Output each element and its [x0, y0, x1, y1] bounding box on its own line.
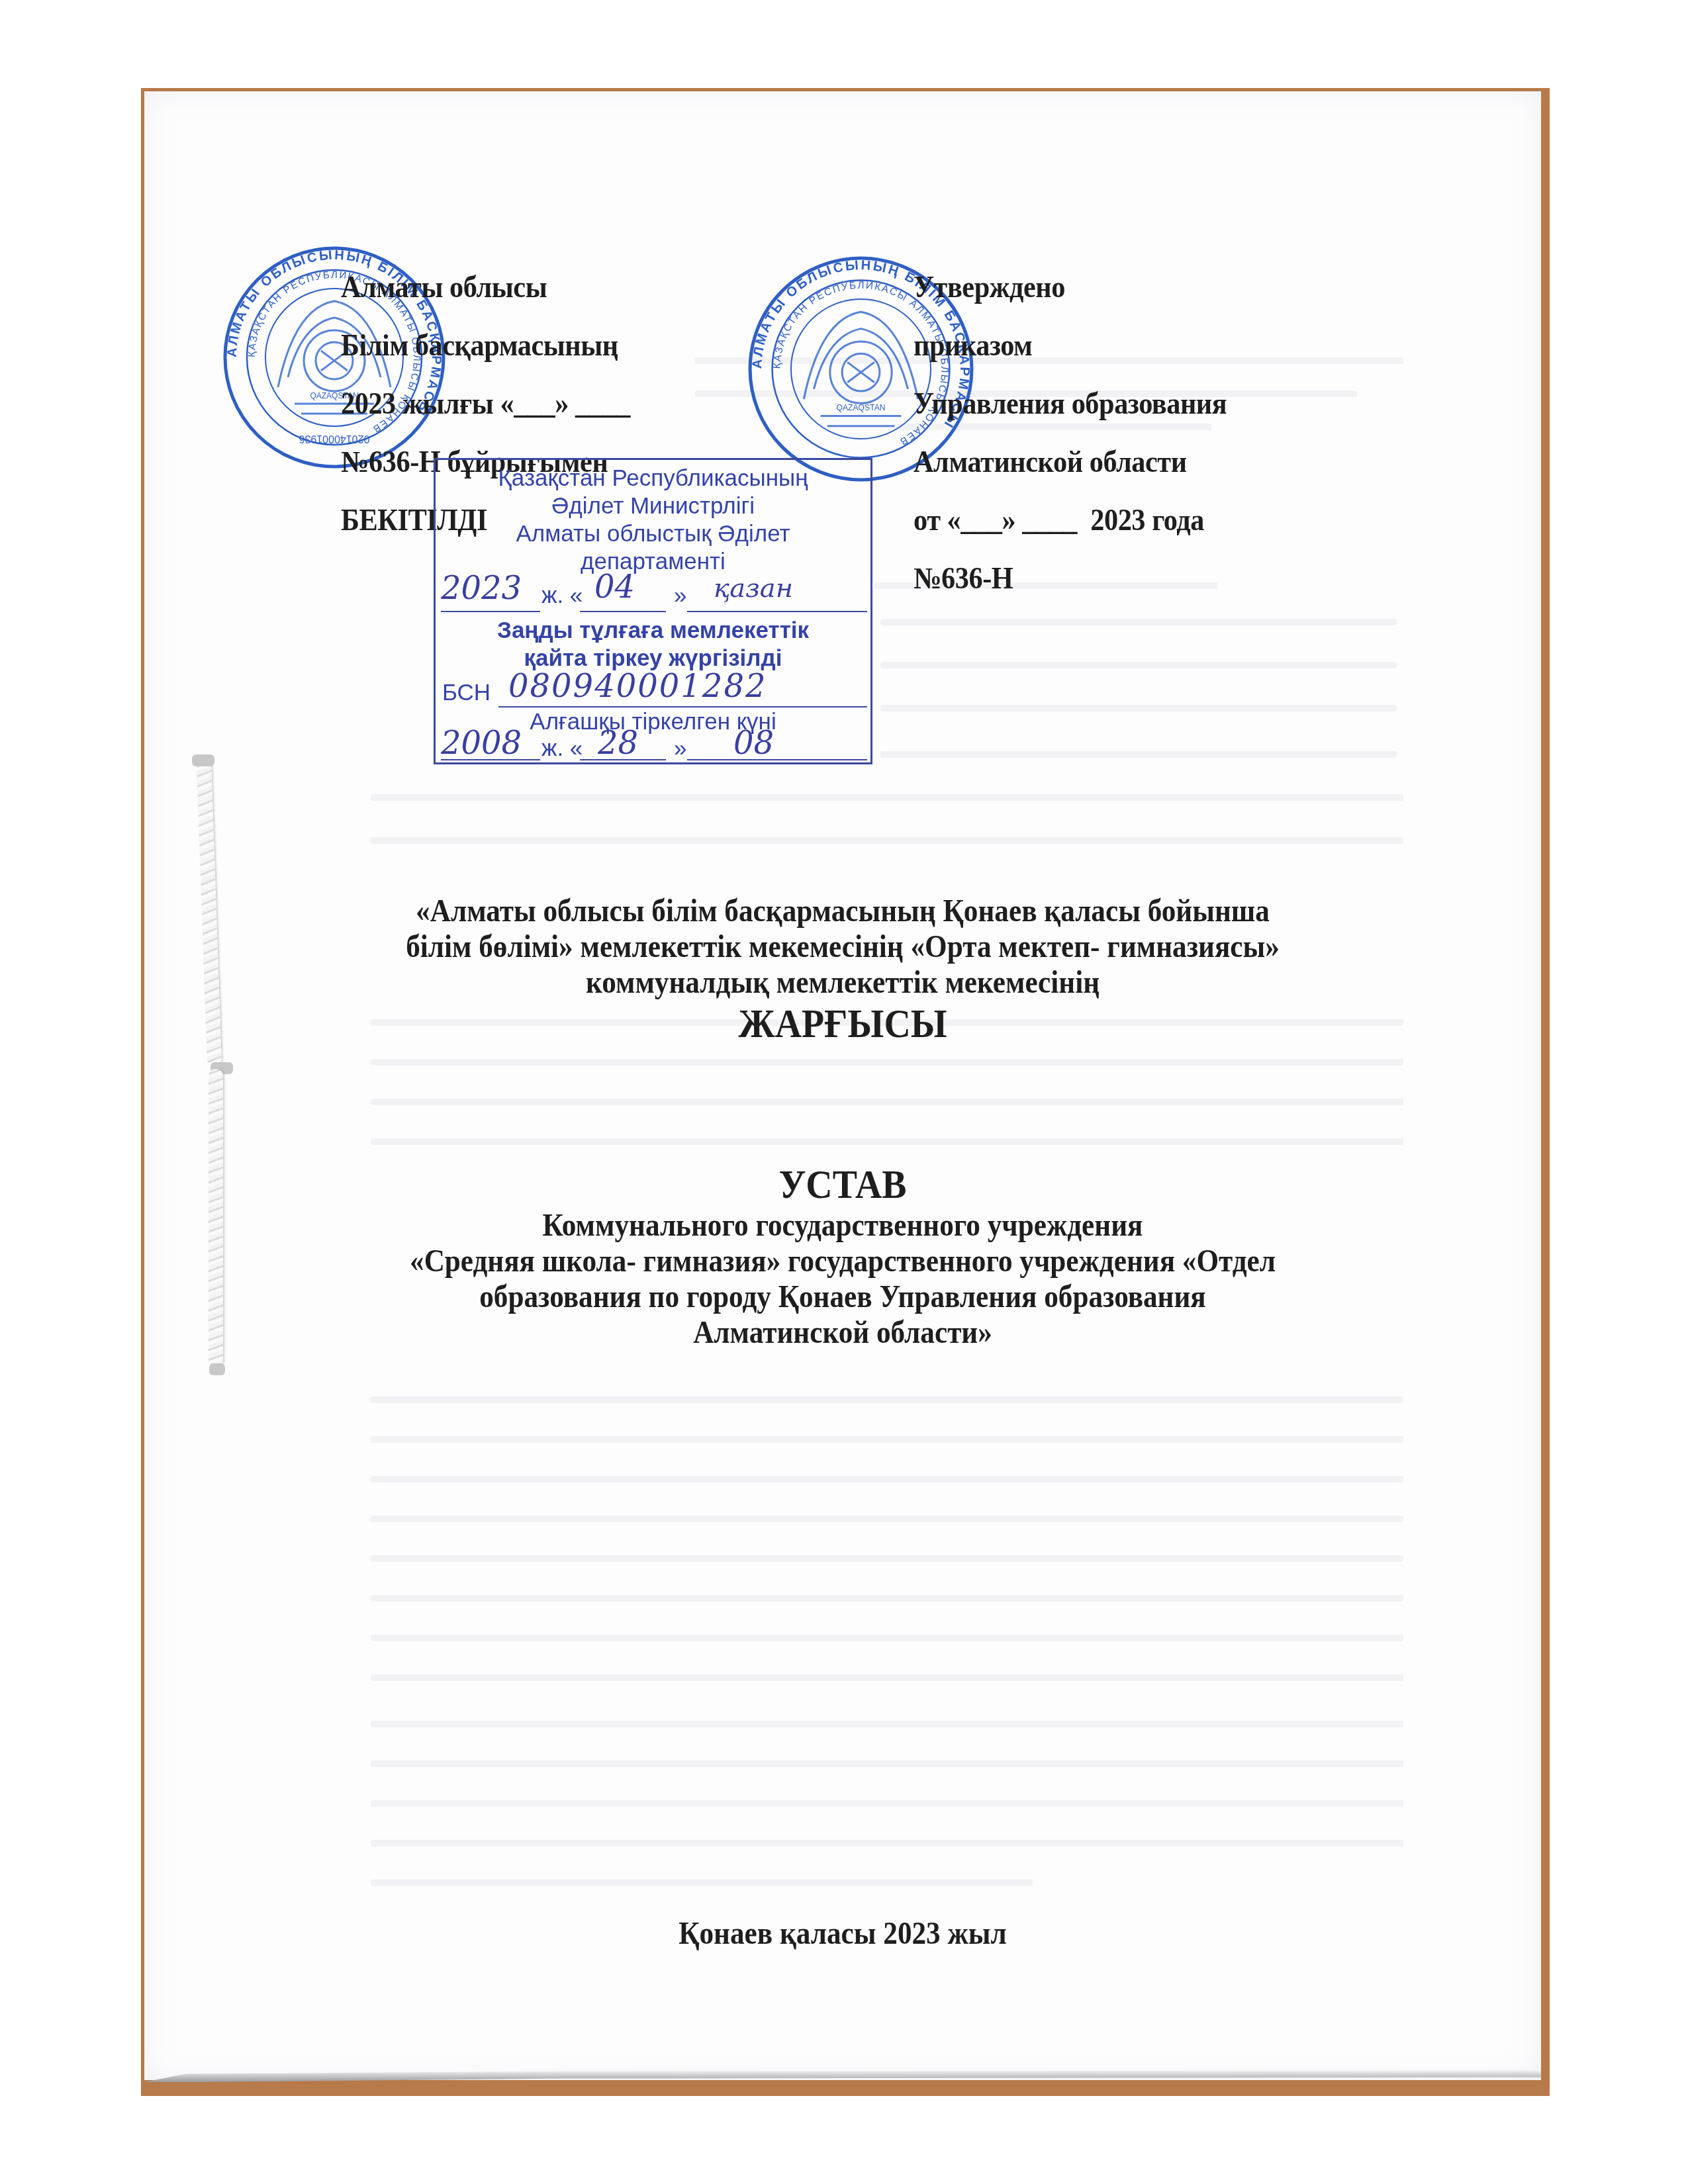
- first-reg-day: 28: [598, 727, 638, 759]
- right-approval-line: Управления образования: [914, 387, 1227, 421]
- reg-date-month: қазан: [714, 572, 793, 604]
- left-approval-line: 2023 жылғы «___» ____: [341, 387, 630, 421]
- reg-date-day: 04: [594, 571, 635, 603]
- left-approval-line: Алматы облысы: [341, 270, 630, 304]
- kazakh-title-line: «Алматы облысы білім басқармасының Қонае…: [214, 893, 1472, 929]
- kazakh-heading: ЖАРҒЫСЫ: [214, 1001, 1472, 1047]
- kazakh-title-line: білім бөлімі» мемлекеттік мекемесінің «О…: [214, 929, 1472, 965]
- right-approval-line: от «___» ____ 2023 года: [914, 503, 1227, 537]
- russian-title-block: УСТАВ Коммунального государственного учр…: [144, 1161, 1541, 1351]
- justice-registration-stamp: Қазақстан Республикасының Әділет Министр…: [434, 458, 872, 764]
- russian-title-line: Коммунального государственного учреждени…: [214, 1208, 1472, 1244]
- russian-title-line: образования по городу Қонаев Управления …: [214, 1279, 1472, 1315]
- reg-date-year: 2023: [441, 572, 522, 604]
- bin-label: БСН: [442, 680, 491, 706]
- right-approval-block: Утверждено приказом Управления образован…: [914, 246, 1254, 608]
- reg-stamp-ministry-line: Әділет Министрлігі: [436, 493, 870, 520]
- russian-title-line: «Средняя школа- гимназия» государственно…: [214, 1244, 1472, 1279]
- russian-heading: УСТАВ: [214, 1161, 1472, 1208]
- reg-stamp-dept-line: Алматы облыстық Әділет: [436, 521, 870, 547]
- kazakh-title-block: «Алматы облысы білім басқармасының Қонае…: [144, 893, 1541, 1047]
- place-year-text: Қонаев қаласы 2023 жыл: [214, 1916, 1472, 1952]
- svg-text:QAZAQSTAN: QAZAQSTAN: [836, 403, 885, 412]
- footer-place-year: Қонаев қаласы 2023 жыл: [144, 1916, 1541, 1952]
- first-reg-month: 08: [733, 727, 774, 759]
- first-reg-sep: ж. «: [541, 735, 583, 762]
- kazakh-title-line: коммуналдық мемлекеттік мекемесінің: [214, 965, 1472, 1001]
- right-approval-line: Утверждено: [914, 270, 1227, 304]
- right-approval-line: №636-Н: [914, 561, 1227, 596]
- russian-title-line: Алматинской области»: [214, 1315, 1472, 1351]
- left-approval-line: Білім басқармасының: [341, 328, 630, 363]
- first-reg-year: 2008: [441, 727, 522, 759]
- first-reg-sep: »: [674, 735, 686, 762]
- reg-stamp-ministry-line: Қазақстан Республикасының: [436, 465, 870, 492]
- right-approval-line: Алматинской области: [914, 445, 1227, 479]
- right-approval-line: приказом: [914, 328, 1227, 363]
- bin-value: 080940001282: [508, 670, 767, 702]
- reg-date-sep: »: [674, 582, 686, 609]
- reg-date-sep: ж. «: [541, 582, 583, 609]
- reg-stamp-status-line: Заңды тұлғаға мемлекеттік: [436, 617, 870, 644]
